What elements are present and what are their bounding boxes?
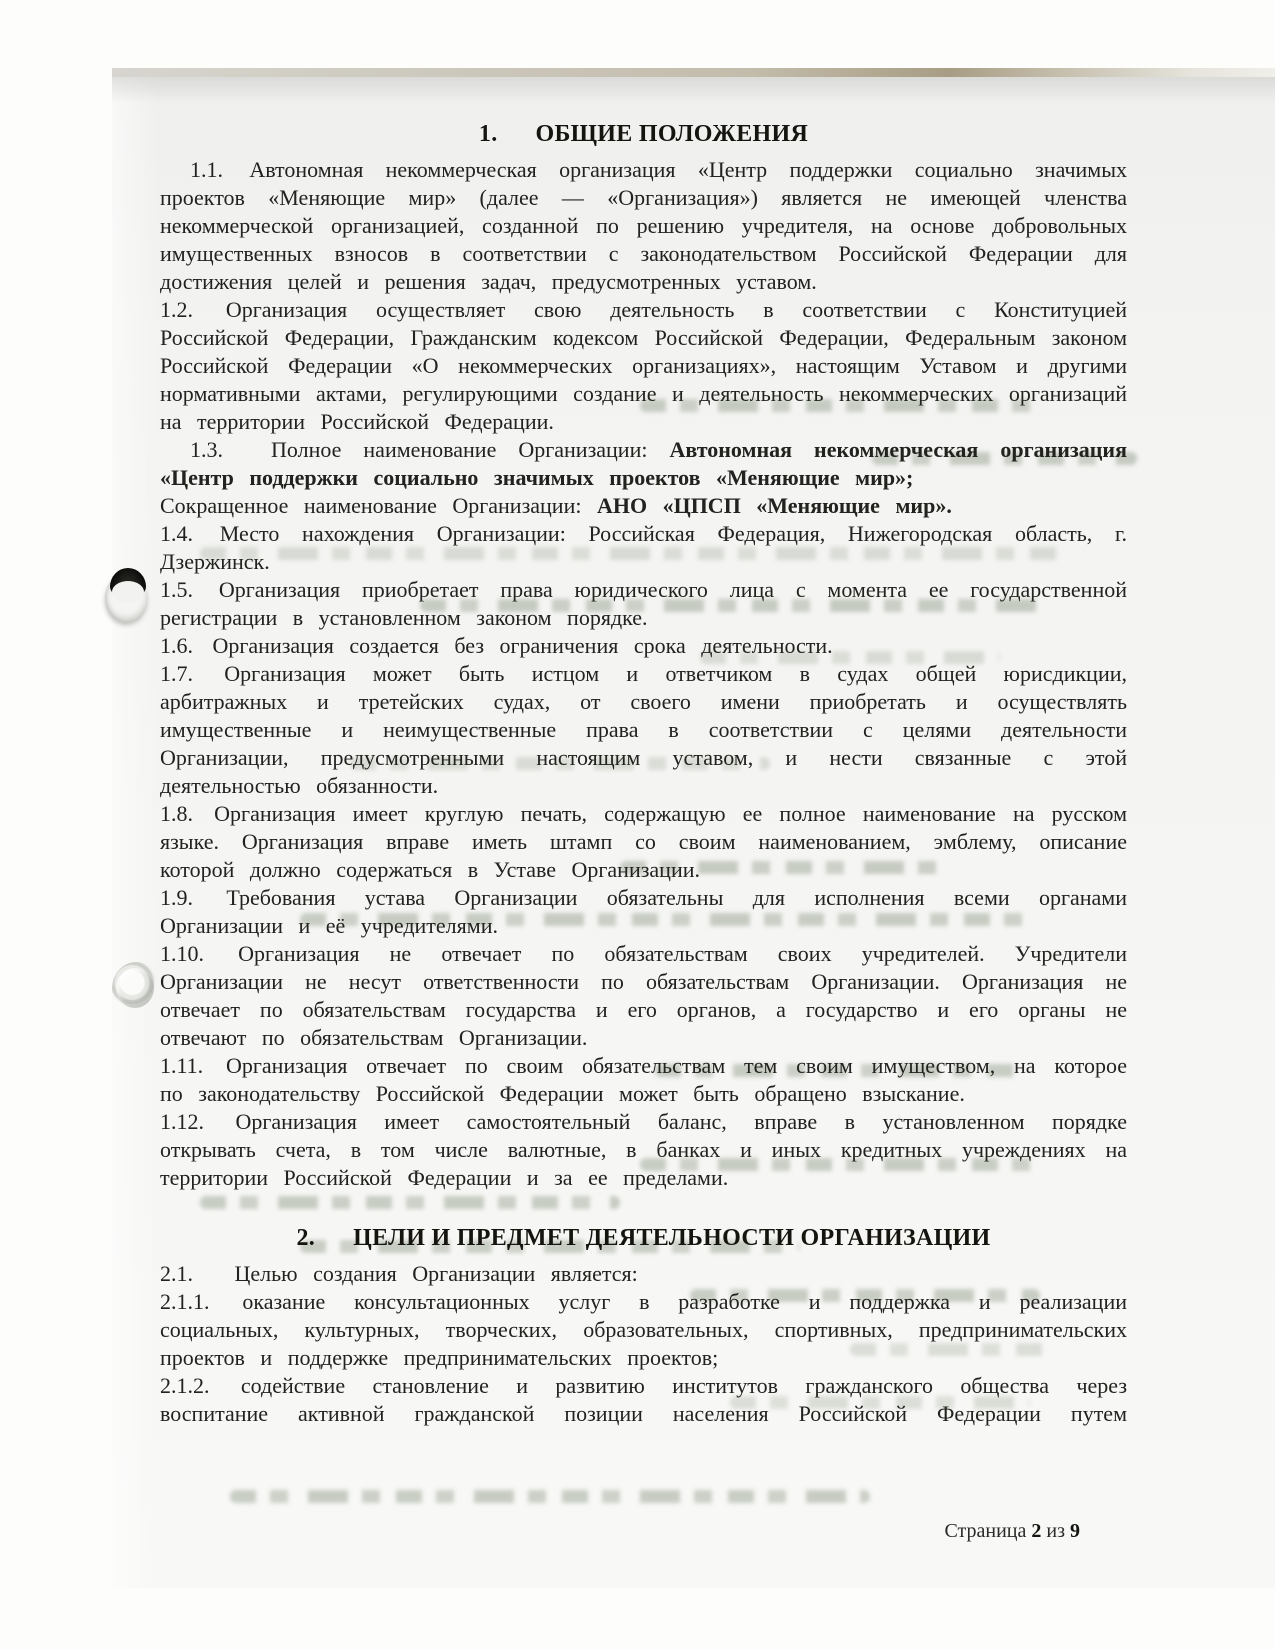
paragraph-number: 2.1.1.: [160, 1289, 210, 1314]
footer-separator: из: [1046, 1520, 1065, 1542]
paragraph: 1.7. Организация может быть истцом и отв…: [160, 660, 1127, 800]
paragraph: 2.1.2. содействие становление и развитию…: [160, 1372, 1127, 1428]
hole-punch-top: [102, 562, 152, 628]
paragraph: 2.1.1. оказание консультационных услуг в…: [160, 1288, 1127, 1372]
paragraph-number: 1.10.: [160, 941, 204, 966]
scanned-document-page: 1.ОБЩИЕ ПОЛОЖЕНИЯ1.1. Автономная некомме…: [0, 0, 1275, 1650]
section-title: ОБЩИЕ ПОЛОЖЕНИЯ: [536, 120, 809, 148]
text-run: Целью создания Организации является:: [235, 1261, 638, 1286]
text-run: Требования устава Организации обязательн…: [160, 885, 1127, 938]
bleedthrough-artifact: [230, 1490, 870, 1503]
paragraph: 1.9. Требования устава Организации обяза…: [160, 884, 1127, 940]
scan-top-edge: [112, 68, 1275, 77]
text-run: Полное наименование Организации:: [271, 437, 669, 462]
paragraph-number: 1.4.: [160, 521, 193, 546]
paragraph: 1.10. Организация не отвечает по обязате…: [160, 940, 1127, 1052]
text-run: оказание консультационных услуг в разраб…: [160, 1289, 1127, 1370]
section-title: ЦЕЛИ И ПРЕДМЕТ ДЕЯТЕЛЬНОСТИ ОРГАНИЗАЦИИ: [353, 1224, 990, 1252]
paragraph: 1.11. Организация отвечает по своим обяз…: [160, 1052, 1127, 1108]
text-run: Организация не отвечает по обязательства…: [160, 941, 1127, 1050]
paragraph: 1.5. Организация приобретает права юриди…: [160, 576, 1127, 632]
paragraph-number: 1.11.: [160, 1053, 203, 1078]
footer-page-number: 2: [1031, 1520, 1041, 1542]
paragraph-number: 1.2.: [160, 297, 193, 322]
page-footer: Страница 2 из 9: [944, 1520, 1080, 1543]
text-run: Организация осуществляет свою деятельнос…: [160, 297, 1127, 434]
section-number: 1.: [479, 120, 498, 148]
text-run: содействие становление и развитию инстит…: [160, 1373, 1127, 1426]
text-run: Организация имеет круглую печать, содерж…: [160, 801, 1127, 882]
text-run: Организация приобретает права юридическо…: [160, 577, 1127, 630]
paragraph: 2.1. Целью создания Организации является…: [160, 1260, 1127, 1288]
text-run: Автономная некоммерческая организация «Ц…: [160, 157, 1127, 294]
text-run: Организация создается без ограничения ср…: [213, 633, 833, 658]
paragraph-number: 1.8.: [160, 801, 193, 826]
bold-text-run: АНО «ЦПСП «Меняющие мир».: [597, 493, 952, 518]
paragraph-number: 1.7.: [160, 661, 193, 686]
text-run: Организация имеет самостоятельный баланс…: [160, 1109, 1127, 1190]
paper-sheet: 1.ОБЩИЕ ПОЛОЖЕНИЯ1.1. Автономная некомме…: [112, 68, 1275, 1588]
document-body: 1.ОБЩИЕ ПОЛОЖЕНИЯ1.1. Автономная некомме…: [160, 120, 1127, 1428]
paragraph: 1.6. Организация создается без ограничен…: [160, 632, 1127, 660]
hole-punch-shadow: [110, 568, 146, 598]
text-run: Организация отвечает по своим обязательс…: [160, 1053, 1127, 1106]
section-number: 2.: [297, 1224, 316, 1252]
paragraph-number: 1.12.: [160, 1109, 204, 1134]
text-run: Место нахождения Организации: Российская…: [160, 521, 1127, 574]
paragraph-number: 1.9.: [160, 885, 193, 910]
section-heading: 2.ЦЕЛИ И ПРЕДМЕТ ДЕЯТЕЛЬНОСТИ ОРГАНИЗАЦИ…: [160, 1224, 1127, 1252]
paragraph: 1.8. Организация имеет круглую печать, с…: [160, 800, 1127, 884]
paragraph: 1.2. Организация осуществляет свою деяте…: [160, 296, 1127, 436]
paragraph-number: 2.1.: [160, 1261, 193, 1286]
paragraph: 1.3. Полное наименование Организации: Ав…: [160, 436, 1127, 492]
footer-label: Страница: [944, 1520, 1026, 1542]
text-run: Сокращенное наименование Организации:: [160, 493, 597, 518]
paragraph-number: 1.1.: [190, 157, 223, 182]
paragraph: 1.12. Организация имеет самостоятельный …: [160, 1108, 1127, 1192]
hole-punch-bottom: [110, 960, 162, 1018]
paragraph: 1.4. Место нахождения Организации: Росси…: [160, 520, 1127, 576]
text-run: Организация может быть истцом и ответчик…: [160, 661, 1127, 798]
paragraph: Сокращенное наименование Организации: АН…: [160, 492, 1127, 520]
paragraph-number: 1.6.: [160, 633, 193, 658]
paragraph-number: 2.1.2.: [160, 1373, 210, 1398]
paragraph: 1.1. Автономная некоммерческая организац…: [160, 156, 1127, 296]
paragraph-number: 1.3.: [190, 437, 223, 462]
section-heading: 1.ОБЩИЕ ПОЛОЖЕНИЯ: [160, 120, 1127, 148]
footer-total-pages: 9: [1070, 1520, 1080, 1542]
paragraph-number: 1.5.: [160, 577, 193, 602]
